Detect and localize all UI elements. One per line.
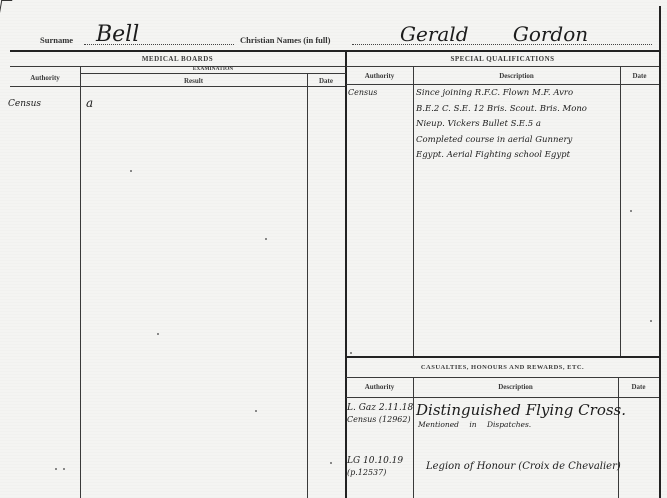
- casualties-title-rule: [346, 377, 659, 378]
- casualties-header-rule: [346, 397, 659, 398]
- special-authority-header: Authority: [346, 72, 413, 80]
- special-authority-col-divider: [413, 66, 414, 356]
- right-border: [659, 6, 661, 498]
- special-title-rule: [346, 66, 659, 67]
- description-line: B.E.2 C. S.E. 12 Bris. Scout. Bris. Mono: [416, 102, 587, 118]
- scan-speck: [630, 210, 632, 212]
- medical-authority-header: Authority: [10, 74, 80, 82]
- service-record-form: Surname Bell Christian Names (in full) G…: [0, 0, 667, 498]
- medical-row-result: a: [86, 96, 93, 110]
- scan-speck: [157, 333, 159, 335]
- scan-speck: [63, 468, 65, 470]
- casualties-authority-header: Authority: [346, 383, 413, 391]
- medical-boards-title: MEDICAL BOARDS: [10, 55, 345, 63]
- scan-speck: [55, 468, 57, 470]
- special-date-col-divider: [620, 66, 621, 356]
- special-header-rule: [346, 84, 659, 85]
- scan-speck: [330, 462, 332, 464]
- scan-speck: [265, 238, 267, 240]
- examination-label: EXAMINATION: [80, 66, 346, 72]
- description-line: Nieup. Vickers Bullet S.E.5 a: [416, 117, 587, 133]
- description-line: Egypt. Aerial Fighting school Egypt: [416, 148, 587, 164]
- special-row-description: Since joining R.F.C. Flown M.F. Avro B.E…: [416, 86, 587, 164]
- scan-speck: [650, 320, 652, 322]
- special-row-authority: Census: [348, 88, 377, 97]
- medical-header-rule: [10, 86, 345, 87]
- special-date-header: Date: [620, 72, 659, 80]
- casualties-date-col-divider: [618, 377, 619, 498]
- special-description-header: Description: [413, 72, 620, 80]
- description-line: Completed course in aerial Gunnery: [416, 133, 587, 149]
- medical-result-header: Result: [80, 77, 307, 85]
- authority-line: Census (12962): [347, 414, 413, 425]
- christian-names-label: Christian Names (in full): [240, 35, 330, 45]
- scan-speck: [130, 170, 132, 172]
- header-rule: [10, 50, 660, 52]
- authority-line: (p.12537): [347, 467, 403, 478]
- medical-authority-col-divider: [80, 66, 81, 498]
- casualties-row-authority: L. Gaz 2.11.18 Census (12962): [347, 403, 413, 425]
- casualties-row-subdescription: Mentioned in Dispatches.: [418, 420, 531, 429]
- medical-date-col-divider: [307, 73, 308, 498]
- special-qualifications-title: SPECIAL QUALIFICATIONS: [346, 55, 659, 63]
- casualties-row-description: Distinguished Flying Cross.: [416, 401, 626, 419]
- scan-speck: [255, 410, 257, 412]
- casualties-top-rule: [346, 356, 659, 358]
- christian-names-value: Gerald Gordon: [400, 22, 588, 46]
- page-corner-mark: [0, 0, 12, 15]
- casualties-authority-col-divider: [413, 377, 414, 498]
- casualties-description-header: Description: [413, 383, 618, 391]
- medical-row-authority: Census: [8, 99, 41, 109]
- surname-value: Bell: [96, 22, 139, 47]
- casualties-date-header: Date: [618, 383, 659, 391]
- authority-line: LG 10.10.19: [347, 456, 403, 467]
- casualties-title: CASUALTIES, HONOURS AND REWARDS, Etc.: [346, 364, 659, 371]
- section-divider: [345, 50, 347, 498]
- medical-date-header: Date: [307, 77, 345, 85]
- description-line: Since joining R.F.C. Flown M.F. Avro: [416, 86, 587, 102]
- casualties-row-authority: LG 10.10.19 (p.12537): [347, 456, 403, 478]
- surname-label: Surname: [40, 35, 73, 45]
- casualties-row-description: Legion of Honour (Croix de Chevalier): [426, 461, 621, 472]
- authority-line: L. Gaz 2.11.18: [347, 403, 413, 414]
- scan-speck: [350, 352, 352, 354]
